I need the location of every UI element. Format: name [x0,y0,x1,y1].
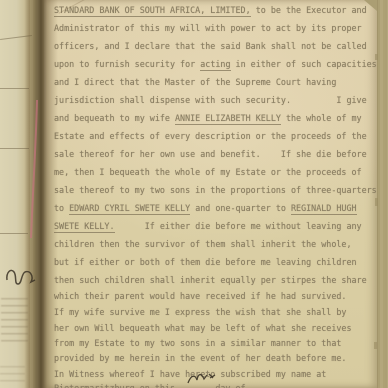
underlined-text: STANDARD BANK OF SOUTH AFRICA, LIMITED, [54,5,251,17]
document-line: then such children shall inherit equally… [54,275,367,286]
typewritten-text: from my Estate to my two sons in a simil… [54,338,341,348]
typewritten-text: officers, and I declare that the said Ba… [54,41,367,51]
document-line: officers, and I declare that the said Ba… [54,41,367,52]
typewritten-text: provided by me herein in the event of he… [54,353,346,363]
ink-insertion-mark [186,370,218,386]
typewritten-text: If my wife survive me I express the wish… [54,307,346,317]
document-line: SWETE KELLY. If either die before me wit… [54,221,362,232]
will-page: STANDARD BANK OF SOUTH AFRICA, LIMITED, … [44,0,378,388]
document-line: but if either or both of them die before… [54,257,357,268]
typewritten-text: in either of such capacities [231,59,377,69]
document-line: sale thereof for her own use and benefit… [54,149,367,160]
typewritten-text: sale thereof to my two sons in the propo… [54,185,377,195]
page-corner-cut [364,0,377,11]
typewritten-text: the whole of my [281,113,362,123]
typewritten-text: Estate and effects of every description … [54,131,367,141]
typewritten-text: children then the survivor of them shall… [54,239,352,249]
typewritten-text: and I direct that the Master of the Supr… [54,77,336,87]
typewritten-text: her own Will bequeath what may be left o… [54,323,352,333]
underlined-text: EDWARD CYRIL SWETE KELLY [69,203,190,215]
document-line: from my Estate to my two sons in a simil… [54,338,341,349]
document-line: jurisdiction shall dispense with such se… [54,95,367,106]
typewritten-text: me, then I bequeath the whole of my Esta… [54,167,362,177]
typewritten-text: and bequeath to my wife [54,113,175,123]
page-edge-notch [374,342,377,349]
document-line: her own Will bequeath what may be left o… [54,323,352,334]
typewritten-text: which their parent would have received i… [54,291,346,301]
underlined-text: acting [200,59,230,71]
scanned-document-photo: { "document": { "description_title": "",… [0,0,388,388]
document-line: to EDWARD CYRIL SWETE KELLY and one-quar… [54,203,357,214]
document-line: and I direct that the Master of the Supr… [54,77,336,88]
page-edge-notch [375,54,378,60]
typewritten-text: Administrator of this my will with power… [54,23,362,33]
document-line: Administrator of this my will with power… [54,23,362,34]
document-line: If my wife survive me I express the wish… [54,307,346,318]
document-line: upon to furnish security for acting in e… [54,59,377,70]
typewritten-text: but if either or both of them die before… [54,257,357,267]
document-line: children then the survivor of them shall… [54,239,352,250]
red-margin-line [0,0,60,388]
document-line: sale thereof to my two sons in the propo… [54,185,377,196]
typewritten-text: then such children shall inherit equally… [54,275,367,285]
document-line: provided by me herein in the event of he… [54,353,346,364]
typewritten-text: jurisdiction shall dispense with such se… [54,95,367,105]
typewritten-text: and one-quarter to [190,203,291,213]
underlined-text: ANNIE ELIZABETH KELLY [175,113,281,125]
typewritten-text: to be the Executor and [251,5,367,15]
typewritten-text: upon to furnish security for [54,59,200,69]
underlined-text: SWETE KELLY. [54,221,115,233]
page-edge-notch [375,198,378,206]
underlined-text: REGINALD HUGH [291,203,357,215]
typewritten-text: If either die before me without leaving … [115,221,362,231]
typewritten-text: sale thereof for her own use and benefit… [54,149,367,159]
document-line: and bequeath to my wife ANNIE ELIZABETH … [54,113,362,124]
document-line: STANDARD BANK OF SOUTH AFRICA, LIMITED, … [54,5,367,16]
document-line: which their parent would have received i… [54,291,346,302]
document-line: me, then I bequeath the whole of my Esta… [54,167,362,178]
document-line: Estate and effects of every description … [54,131,367,142]
